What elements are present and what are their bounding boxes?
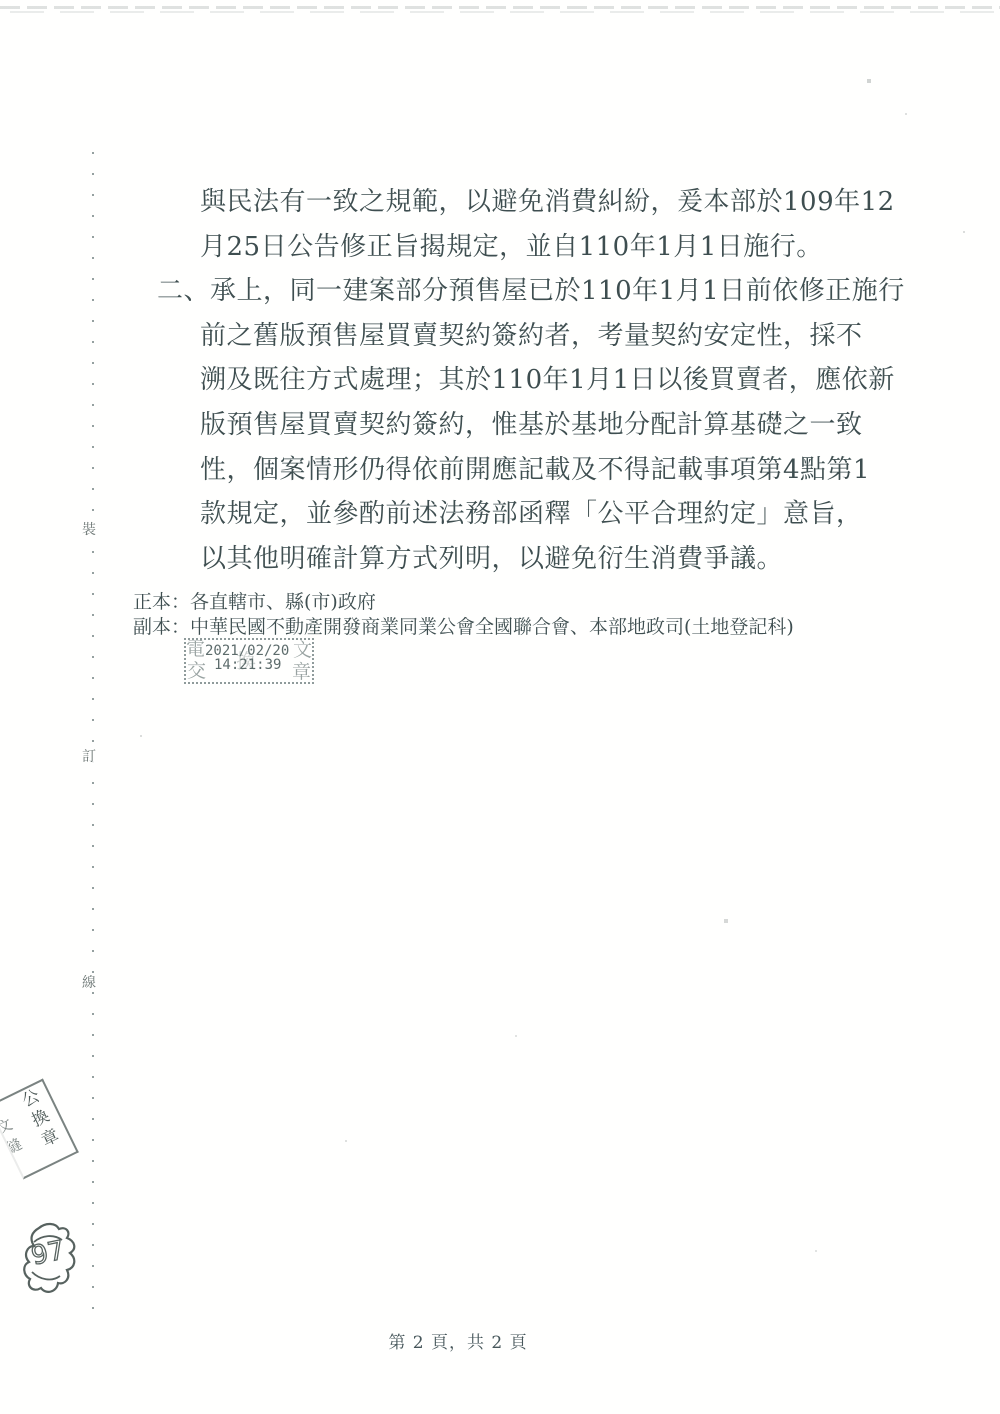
body-line-3-item-two: 二、承上，同一建案部分預售屋已於110年1月1日前依修正施行 — [157, 269, 917, 314]
body-line-2: 月25日公告修正旨揭規定，並自110年1月1日施行。 — [157, 225, 917, 270]
exchange-stamp-char-zhang: 章 — [292, 663, 311, 682]
binding-label-zhuang: 裝 — [76, 522, 102, 538]
scan-noise-speckles — [0, 0, 2, 2]
cross-page-exchange-seal: 公換章 文縫 — [0, 1079, 79, 1180]
scan-artifact-top — [0, 5, 1000, 15]
page-number: 第 2 頁，共 2 頁 — [338, 1328, 578, 1353]
body-line-7: 性，個案情形仍得依前開應記載及不得記載事項第4點第1 — [157, 448, 917, 493]
binding-label-ding: 訂 — [76, 749, 102, 765]
partial-seal-97: 97 — [20, 1220, 80, 1304]
binding-label-xian: 線 — [76, 975, 102, 991]
body-line-4: 前之舊版預售屋買賣契約簽約者，考量契約安定性，採不 — [157, 314, 917, 359]
recipient-copy-line: 副本：中華民國不動產開發商業同業公會全國聯合會、本部地政司(土地登記科) — [133, 615, 794, 640]
body-line-9: 以其他明確計算方式列明，以避免衍生消費爭議。 — [157, 537, 917, 582]
exchange-stamp-time: 14:21:39 — [214, 657, 281, 673]
recipient-original-line: 正本：各直轄市、縣(市)政府 — [133, 590, 794, 615]
body-line-6: 版預售屋買賣契約簽約，惟基於基地分配計算基礎之一致 — [157, 403, 917, 448]
binding-dotted-line — [92, 152, 94, 1312]
body-line-1: 與民法有一致之規範，以避免消費糾紛，爰本部於109年12 — [157, 180, 917, 225]
seal-inner-arc-bottom — [32, 1272, 60, 1279]
body-line-8: 款規定，並參酌前述法務部函釋「公平合理約定」意旨， — [157, 492, 917, 537]
exchange-stamp-char-wen: 文 — [293, 641, 312, 660]
document-body: 與民法有一致之規範，以避免消費糾紛，爰本部於109年12 月25日公告修正旨揭規… — [157, 180, 917, 581]
body-line-5: 溯及既往方式處理；其於110年1月1日以後買賣者，應依新 — [157, 358, 917, 403]
recipients-block: 正本：各直轄市、縣(市)政府 副本：中華民國不動產開發商業同業公會全國聯合會、本… — [133, 590, 794, 640]
electronic-exchange-stamp: 電 文 交 章 換 2021/02/20 14:21:39 — [184, 638, 314, 684]
seal-number-text: 97 — [29, 1235, 68, 1271]
exchange-stamp-char-dian: 電 — [186, 640, 205, 659]
exchange-stamp-char-jiao: 交 — [187, 662, 206, 681]
scanned-document-page: 裝 訂 線 與民法有一致之規範，以避免消費糾紛，爰本部於109年12 月25日公… — [0, 0, 1000, 1414]
